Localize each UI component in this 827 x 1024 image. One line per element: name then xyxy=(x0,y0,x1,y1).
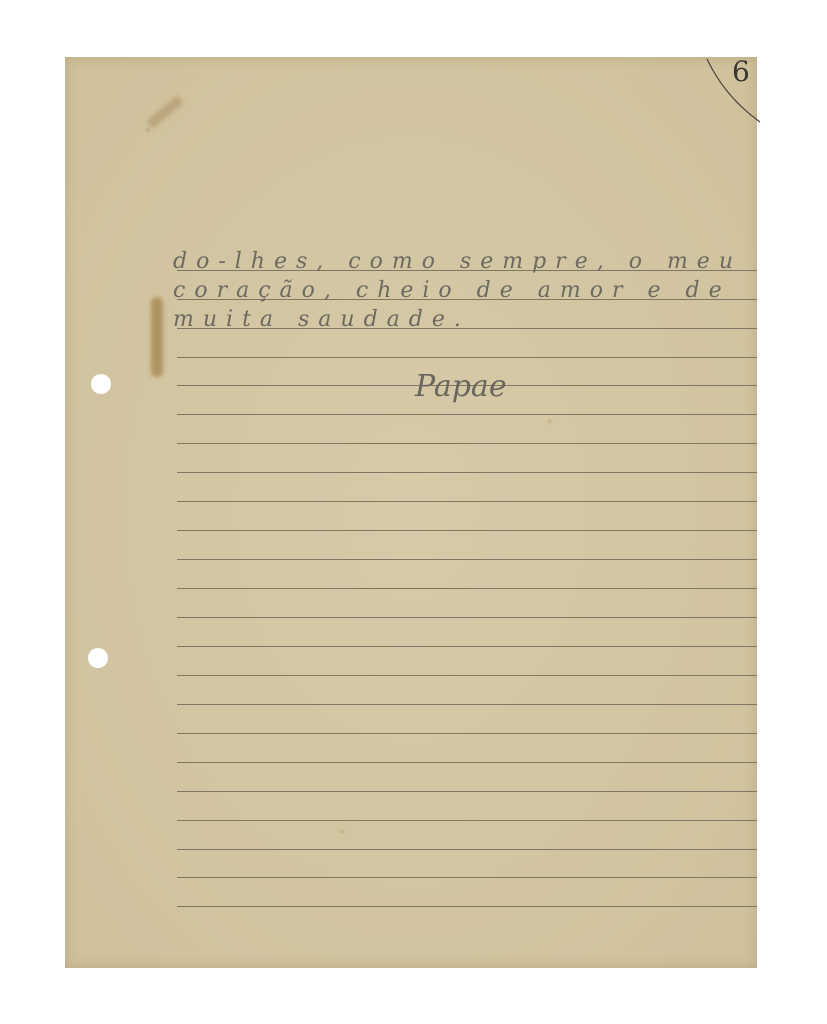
letter-page: 6 do-lhes, como sempre, o meu coração, c… xyxy=(65,57,757,968)
ruled-line xyxy=(177,877,757,878)
ruled-line xyxy=(177,791,757,792)
ruled-line xyxy=(177,906,757,907)
ruled-line xyxy=(177,646,757,647)
punch-hole xyxy=(88,648,108,668)
signature: Papae xyxy=(415,369,507,404)
ruled-line xyxy=(177,675,757,676)
ruled-line xyxy=(177,559,757,560)
page-number: 6 xyxy=(732,55,750,88)
punch-hole xyxy=(91,374,111,394)
handwritten-line-2: coração, cheio de amor e de xyxy=(173,280,731,302)
ruled-line xyxy=(177,617,757,618)
ruled-line xyxy=(177,443,757,444)
stain-mark xyxy=(151,297,163,377)
ruled-line xyxy=(177,530,757,531)
handwritten-line-3: muita saudade. xyxy=(173,309,470,331)
ruled-line xyxy=(177,501,757,502)
ruled-line xyxy=(177,414,757,415)
ruled-line xyxy=(177,733,757,734)
handwritten-line-1: do-lhes, como sempre, o meu xyxy=(173,251,742,273)
ruled-line xyxy=(177,472,757,473)
ruled-line xyxy=(177,849,757,850)
ruled-line xyxy=(177,704,757,705)
ruled-line xyxy=(177,357,757,358)
ruled-line xyxy=(177,820,757,821)
ruled-line xyxy=(177,762,757,763)
ruled-line xyxy=(177,588,757,589)
stain-mark xyxy=(146,95,183,128)
